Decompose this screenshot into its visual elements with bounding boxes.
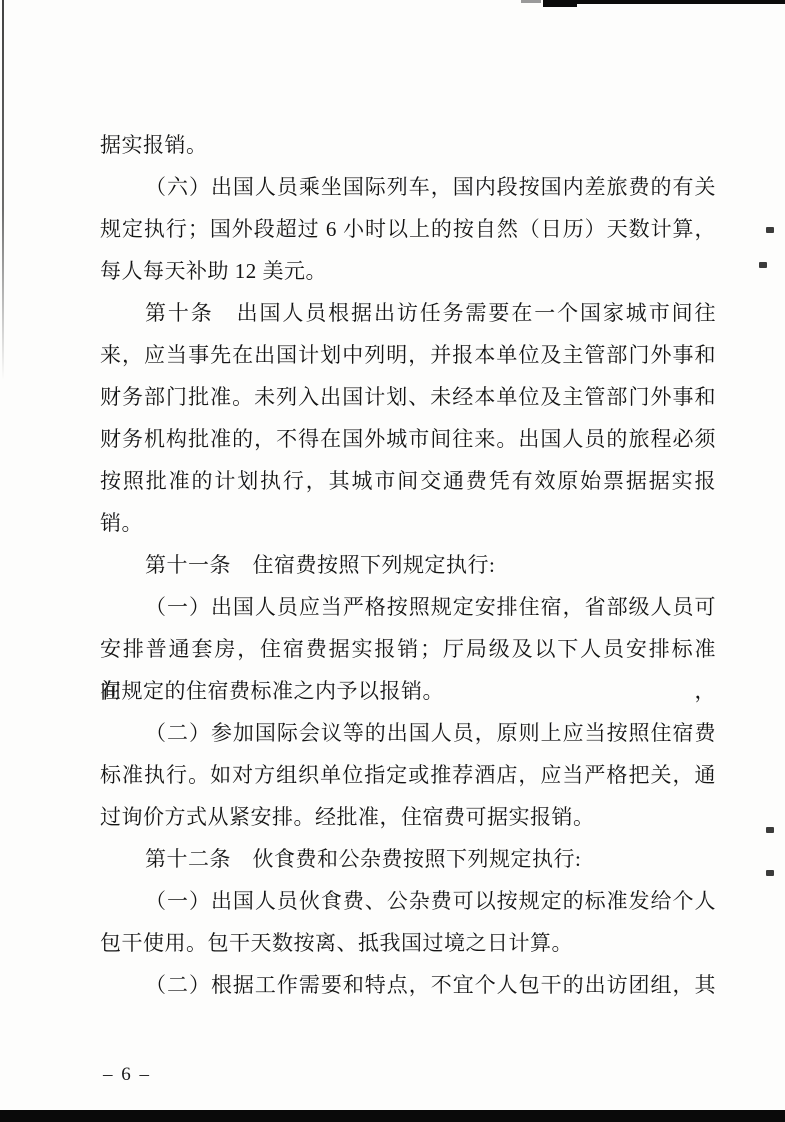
text-line: 第十条 出国人员根据出访任务需要在一个国家城市间往 bbox=[100, 292, 716, 334]
scan-artifact-right-dot bbox=[759, 262, 767, 268]
text-line: 安排普通套房，住宿费据实报销；厅局级及以下人员安排标准间， bbox=[100, 628, 716, 670]
scanned-document-page: 据实报销。（六）出国人员乘坐国际列车，国内段按国内差旅费的有关规定执行；国外段超… bbox=[0, 0, 785, 1122]
scan-artifact-right-dot bbox=[766, 227, 774, 233]
text-line: 第十一条 住宿费按照下列规定执行: bbox=[100, 544, 716, 586]
text-line: 财务部门批准。未列入出国计划、未经本单位及主管部门外事和 bbox=[100, 376, 716, 418]
scan-artifact-left-edge bbox=[2, 0, 4, 380]
text-line: （二）根据工作需要和特点，不宜个人包干的出访团组，其 bbox=[100, 964, 716, 1006]
text-line: （一）出国人员伙食费、公杂费可以按规定的标准发给个人 bbox=[100, 880, 716, 922]
scan-artifact-right-dot bbox=[766, 827, 774, 833]
text-line: 过询价方式从紧安排。经批准，住宿费可据实报销。 bbox=[100, 796, 716, 838]
scan-artifact-top-edge-lead bbox=[521, 0, 541, 3]
text-line: 销。 bbox=[100, 502, 716, 544]
document-body: 据实报销。（六）出国人员乘坐国际列车，国内段按国内差旅费的有关规定执行；国外段超… bbox=[100, 124, 716, 1006]
text-line: 每人每天补助 12 美元。 bbox=[100, 250, 716, 292]
text-line: 第十二条 伙食费和公杂费按照下列规定执行: bbox=[100, 838, 716, 880]
text-line: （一）出国人员应当严格按照规定安排住宿，省部级人员可 bbox=[100, 586, 716, 628]
page-number: – 6 – bbox=[103, 1064, 151, 1086]
text-line: 据实报销。 bbox=[100, 124, 716, 166]
text-line: 财务机构批准的，不得在国外城市间往来。出国人员的旅程必须 bbox=[100, 418, 716, 460]
scan-artifact-top-edge bbox=[543, 0, 785, 4]
scan-artifact-top-edge-blob bbox=[543, 0, 577, 7]
text-line: （二）参加国际会议等的出国人员，原则上应当按照住宿费 bbox=[100, 712, 716, 754]
text-line: 标准执行。如对方组织单位指定或推荐酒店，应当严格把关，通 bbox=[100, 754, 716, 796]
text-line: 来，应当事先在出国计划中列明，并报本单位及主管部门外事和 bbox=[100, 334, 716, 376]
text-line: 规定执行；国外段超过 6 小时以上的按自然（日历）天数计算， bbox=[100, 208, 716, 250]
scan-artifact-right-dot bbox=[766, 870, 774, 876]
text-line: 包干使用。包干天数按离、抵我国过境之日计算。 bbox=[100, 922, 716, 964]
scan-artifact-bottom-edge bbox=[0, 1110, 785, 1122]
text-line: （六）出国人员乘坐国际列车，国内段按国内差旅费的有关 bbox=[100, 166, 716, 208]
text-line: 按照批准的计划执行，其城市间交通费凭有效原始票据据实报 bbox=[100, 460, 716, 502]
